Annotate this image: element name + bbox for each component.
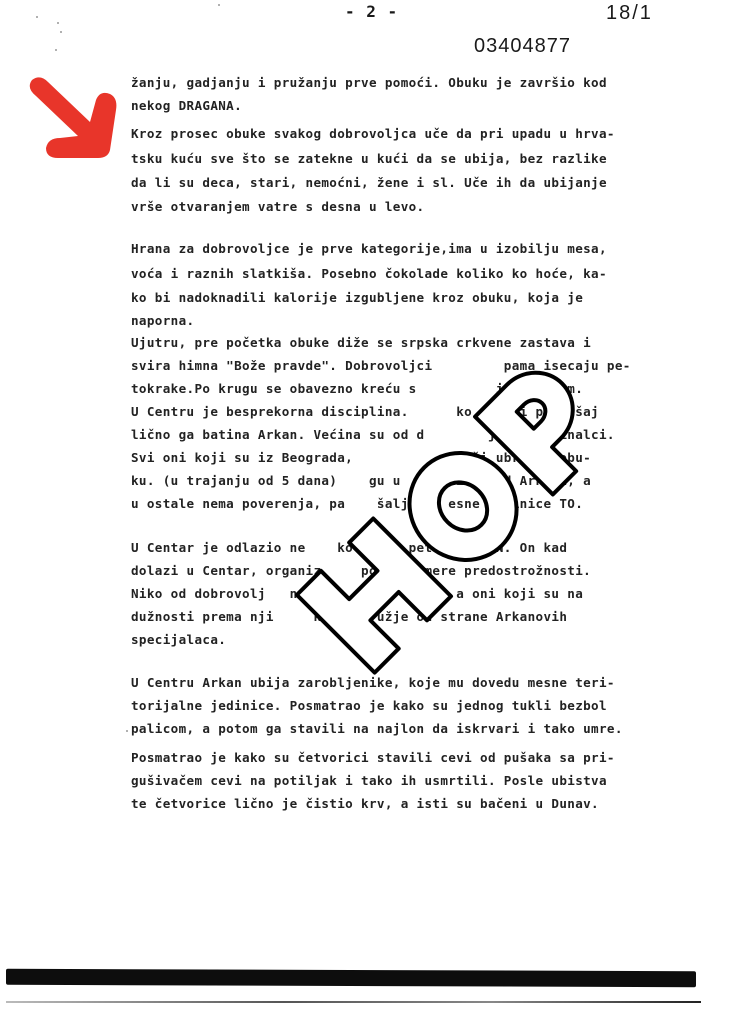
body-line: gušivačem cevi na potiljak i tako ih usm… (131, 773, 607, 788)
body-line: ko bi nadoknadili kalorije izgubljene kr… (131, 290, 583, 305)
body-line: nekog DRAGANA. (131, 98, 242, 113)
body-line: lično ga batina Arkan. Većina su od d ja… (131, 427, 615, 442)
body-line: Posmatrao je kako su četvorici stavili c… (131, 750, 615, 765)
body-line: Svi oni koji su iz Beograda, rši ubrzanu… (131, 450, 591, 465)
document-page: - 2 - 18/1 03404877 žanju, gadjanju i pr… (0, 0, 737, 1024)
document-id: 03404877 (474, 35, 571, 58)
body-line: ku. (u trajanju od 5 dana) gu u nici kod… (131, 473, 591, 488)
body-line: specijalaca. (131, 632, 226, 647)
body-line: žanju, gadjanju i pružanju prve pomoći. … (131, 75, 607, 90)
body-line: te četvorice lično je čistio krv, a isti… (131, 796, 599, 811)
body-line: naporna. (131, 313, 194, 328)
reference-number: 18/1 (606, 2, 653, 25)
body-line: svira himna "Bože pravde". Dobrovoljci p… (131, 358, 631, 373)
body-line: vrše otvaranjem vatre s desna u levo. (131, 199, 425, 214)
body-line: Kroz prosec obuke svakog dobrovoljca uče… (131, 126, 615, 141)
bottom-rule (6, 1001, 701, 1003)
body-line: tokrake.Po krugu se obavezno kreću s im … (131, 381, 583, 396)
page-number: - 2 - (345, 2, 398, 21)
body-line: U Centru Arkan ubija zarobljenike, koje … (131, 675, 615, 690)
body-line: dolazi u Centar, organiz posebne mere pr… (131, 563, 591, 578)
body-line: voća i raznih slatkiša. Posebno čokolade… (131, 266, 607, 281)
body-line: U Centar je odlazio ne ko petan DRAGAN. … (131, 540, 567, 555)
body-line: Niko od dobrovolj ne na krugu, a oni koj… (131, 586, 583, 601)
body-line: dužnosti prema nji kreće oružje od stran… (131, 609, 567, 624)
body-line: palicom, a potom ga stavili na najlon da… (131, 721, 623, 736)
redaction-bar (6, 969, 696, 987)
body-line: da li su deca, stari, nemoćni, žene i sl… (131, 175, 607, 190)
body-line: torijalne jedinice. Posmatrao je kako su… (131, 698, 607, 713)
body-line: tsku kuću sve što se zatekne u kući da s… (131, 151, 607, 166)
body-line: Hrana za dobrovoljce je prve kategorije,… (131, 241, 607, 256)
body-line: Ujutru, pre početka obuke diže se srpska… (131, 335, 591, 350)
red-arrow-icon (18, 70, 128, 165)
body-line: U Centru je besprekorna disciplina. ko č… (131, 404, 599, 419)
body-line: u ostale nema poverenja, pa šalje esne j… (131, 496, 583, 511)
